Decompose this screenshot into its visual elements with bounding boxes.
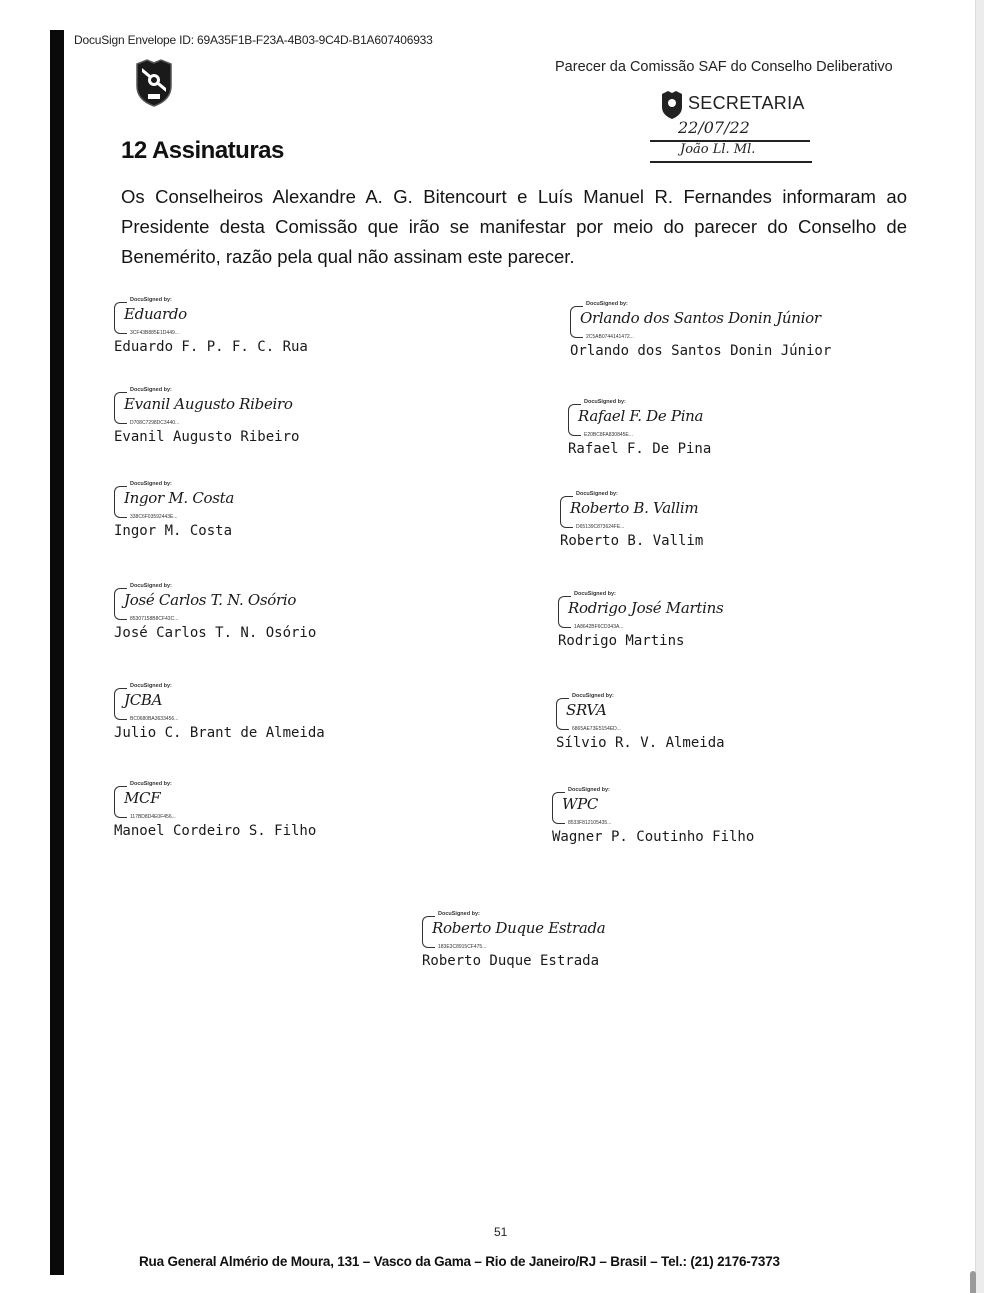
section-paragraph: Os Conselheiros Alexandre A. G. Bitencou… xyxy=(121,182,907,272)
docusign-envelope-id: DocuSign Envelope ID: 69A35F1B-F23A-4B03… xyxy=(74,33,433,47)
signature-hash: BC0680BA3633456... xyxy=(130,716,178,722)
docusigned-label: DocuSigned by: xyxy=(438,911,480,917)
docusign-signature: DocuSigned by:Roberto B. VallimD65139C87… xyxy=(560,492,703,534)
signature-block: DocuSigned by:Roberto B. VallimD65139C87… xyxy=(560,492,703,549)
signature-hash: 338C6F03592443E... xyxy=(130,514,178,520)
signatory-name: José Carlos T. N. Osório xyxy=(114,625,316,641)
handwritten-signature: SRVA xyxy=(566,701,606,719)
docusign-signature: DocuSigned by:MCF117BD8D4E0F456... xyxy=(114,782,316,824)
stamp-label: SECRETARIA xyxy=(688,93,805,114)
stamp-underline xyxy=(650,161,812,163)
signature-block: DocuSigned by:SRVA6865AE73E5154ED...Sílv… xyxy=(556,694,725,751)
signature-hash: 183E3C8915CF475... xyxy=(438,944,486,950)
handwritten-signature: Roberto Duque Estrada xyxy=(432,919,605,937)
docusign-signature: DocuSigned by:WPC8533F812105435... xyxy=(552,788,754,830)
signature-hash: 8533F812105435... xyxy=(568,820,611,826)
docusigned-label: DocuSigned by: xyxy=(130,683,172,689)
signatory-name: Ingor M. Costa xyxy=(114,523,232,539)
signature-hash: 2C5AB0744141472... xyxy=(586,334,634,340)
docusigned-label: DocuSigned by: xyxy=(130,387,172,393)
docusigned-label: DocuSigned by: xyxy=(130,583,172,589)
signature-block: DocuSigned by:Evanil Augusto RibeiroD708… xyxy=(114,388,299,445)
docusign-signature: DocuSigned by:Rodrigo José Martins1A8642… xyxy=(558,592,684,634)
club-crest-icon xyxy=(134,58,174,108)
stamp-date: 22/07/22 xyxy=(678,118,750,137)
signature-hash: E20BC8FA830845E... xyxy=(584,432,633,438)
signature-block: DocuSigned by:Eduardo3CF43B885E1D449...E… xyxy=(114,298,308,355)
scan-binding-edge xyxy=(50,30,64,1275)
handwritten-signature: Orlando dos Santos Donin Júnior xyxy=(580,309,821,327)
handwritten-signature: José Carlos T. N. Osório xyxy=(124,591,296,609)
handwritten-signature: Eduardo xyxy=(124,305,187,323)
docusigned-label: DocuSigned by: xyxy=(572,693,614,699)
handwritten-signature: Ingor M. Costa xyxy=(124,489,234,507)
docusign-signature: DocuSigned by:Evanil Augusto RibeiroD708… xyxy=(114,388,299,430)
secretaria-stamp: SECRETARIA 22/07/22 João Ll. Ml. xyxy=(650,88,820,168)
signature-block: DocuSigned by:WPC8533F812105435...Wagner… xyxy=(552,788,754,845)
signature-block: DocuSigned by:MCF117BD8D4E0F456...Manoel… xyxy=(114,782,316,839)
page-number: 51 xyxy=(494,1225,507,1239)
signature-hash: 3CF43B885E1D449... xyxy=(130,330,179,336)
signature-block: DocuSigned by:Orlando dos Santos Donin J… xyxy=(570,302,831,359)
handwritten-signature: WPC xyxy=(562,795,598,813)
signatory-name: Rodrigo Martins xyxy=(558,633,684,649)
docusign-signature: DocuSigned by:Roberto Duque Estrada183E3… xyxy=(422,912,599,954)
signature-block: DocuSigned by:Roberto Duque Estrada183E3… xyxy=(422,912,599,969)
scrollbar-thumb[interactable] xyxy=(970,1271,976,1293)
docusigned-label: DocuSigned by: xyxy=(568,787,610,793)
handwritten-signature: JCBA xyxy=(124,691,162,709)
handwritten-signature: Rodrigo José Martins xyxy=(568,599,723,617)
signature-block: DocuSigned by:JCBABC0680BA3633456...Juli… xyxy=(114,684,325,741)
signature-hash: 1A8642BF6CD343A... xyxy=(574,624,623,630)
signature-block: DocuSigned by:Ingor M. Costa338C6F035924… xyxy=(114,482,232,539)
docusign-signature: DocuSigned by:JCBABC0680BA3633456... xyxy=(114,684,325,726)
docusigned-label: DocuSigned by: xyxy=(130,297,172,303)
docusigned-label: DocuSigned by: xyxy=(586,301,628,307)
section-title: 12 Assinaturas xyxy=(121,137,284,165)
docusign-signature: DocuSigned by:Orlando dos Santos Donin J… xyxy=(570,302,831,344)
signatory-name: Wagner P. Coutinho Filho xyxy=(552,829,754,845)
signatory-name: Roberto B. Vallim xyxy=(560,533,703,549)
signatory-name: Evanil Augusto Ribeiro xyxy=(114,429,299,445)
scrollbar-track[interactable] xyxy=(975,0,984,1293)
handwritten-signature: Roberto B. Vallim xyxy=(570,499,698,517)
signatory-name: Julio C. Brant de Almeida xyxy=(114,725,325,741)
signature-block: DocuSigned by:Rafael F. De PinaE20BC8FA8… xyxy=(568,400,711,457)
signatory-name: Roberto Duque Estrada xyxy=(422,953,599,969)
signature-hash: 85307158B8CF43C... xyxy=(130,616,178,622)
stamp-initials: João Ll. Ml. xyxy=(680,142,755,157)
footer-address: Rua General Almério de Moura, 131 – Vasc… xyxy=(139,1254,780,1269)
docusign-signature: DocuSigned by:Ingor M. Costa338C6F035924… xyxy=(114,482,232,524)
signature-hash: 6865AE73E5154ED... xyxy=(572,726,621,732)
docusign-signature: DocuSigned by:José Carlos T. N. Osório85… xyxy=(114,584,316,626)
docusigned-label: DocuSigned by: xyxy=(584,399,626,405)
docusigned-label: DocuSigned by: xyxy=(576,491,618,497)
document-header-title: Parecer da Comissão SAF do Conselho Deli… xyxy=(555,59,893,75)
docusigned-label: DocuSigned by: xyxy=(130,781,172,787)
signature-hash: D65139C873624FE... xyxy=(576,524,624,530)
docusign-signature: DocuSigned by:SRVA6865AE73E5154ED... xyxy=(556,694,725,736)
signature-block: DocuSigned by:Rodrigo José Martins1A8642… xyxy=(558,592,684,649)
handwritten-signature: Rafael F. De Pina xyxy=(578,407,703,425)
docusign-signature: DocuSigned by:Rafael F. De PinaE20BC8FA8… xyxy=(568,400,711,442)
handwritten-signature: MCF xyxy=(124,789,160,807)
handwritten-signature: Evanil Augusto Ribeiro xyxy=(124,395,293,413)
signatory-name: Rafael F. De Pina xyxy=(568,441,711,457)
docusigned-label: DocuSigned by: xyxy=(574,591,616,597)
signatory-name: Orlando dos Santos Donin Júnior xyxy=(570,343,831,359)
signature-hash: D708C7298DC3440... xyxy=(130,420,179,426)
stamp-crest-icon xyxy=(660,90,684,120)
signatory-name: Manoel Cordeiro S. Filho xyxy=(114,823,316,839)
docusigned-label: DocuSigned by: xyxy=(130,481,172,487)
signature-hash: 117BD8D4E0F456... xyxy=(130,814,176,820)
signatory-name: Sílvio R. V. Almeida xyxy=(556,735,725,751)
signatory-name: Eduardo F. P. F. C. Rua xyxy=(114,339,308,355)
signature-block: DocuSigned by:José Carlos T. N. Osório85… xyxy=(114,584,316,641)
docusign-signature: DocuSigned by:Eduardo3CF43B885E1D449... xyxy=(114,298,308,340)
